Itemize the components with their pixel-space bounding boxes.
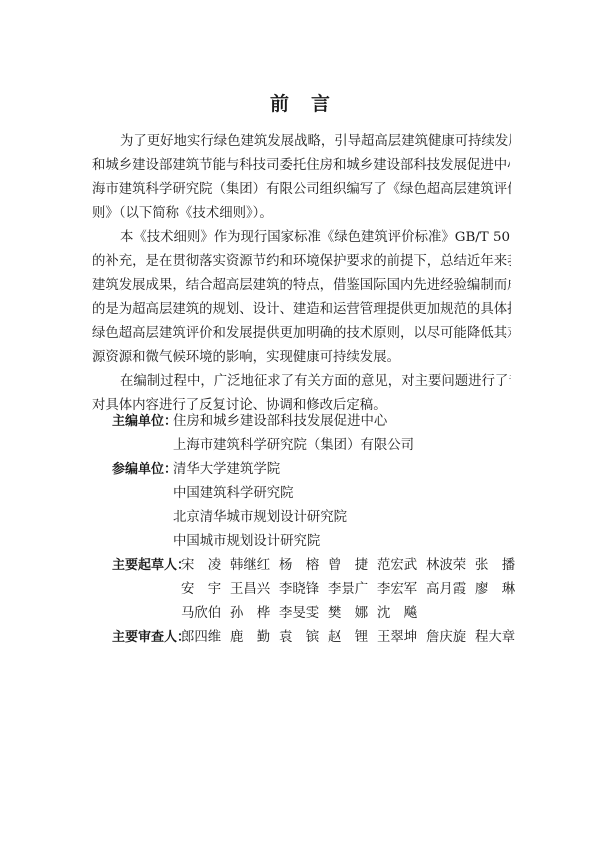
person-name: 马欣伯: [181, 602, 221, 626]
preface-body: 为了更好地实行绿色建筑发展战略，引导超高层建筑健康可持续发展，住房 和城乡建设部…: [92, 130, 511, 418]
text-line: 则》（以下简称《技术细则》）。: [92, 202, 511, 226]
person-name: 李宏军: [377, 578, 417, 602]
credit-row-drafters-cont: 安 宇 王昌兴 李晓锋 李景广 李宏军 高月霞 廖 琳: [112, 578, 512, 602]
credit-row-co-editor-cont: 中国建筑科学研究院: [112, 482, 512, 506]
person-name: 沈 飚: [377, 602, 417, 626]
text-line: 本《技术细则》作为现行国家标准《绿色建筑评价标准》GB/T 50378-2006: [92, 226, 511, 250]
credit-row-chief-editor-cont: 上海市建筑科学研究院（集团）有限公司: [112, 434, 512, 458]
text-line: 绿色超高层建筑评价和发展提供更加明确的技术原则，以尽可能降低其对城市能: [92, 322, 511, 346]
credit-unit: 清华大学建筑学院: [173, 458, 280, 482]
person-name: 赵 锂: [328, 626, 368, 650]
credit-unit: 住房和城乡建设部科技发展促进中心: [173, 410, 387, 434]
person-name: 孙 桦: [230, 602, 270, 626]
credit-row-co-editor: 参编单位： 清华大学建筑学院: [112, 458, 512, 482]
paragraph: 本《技术细则》作为现行国家标准《绿色建筑评价标准》GB/T 50378-2006…: [92, 226, 511, 370]
credit-row-drafters: 主要起草人： 宋 凌 韩继红 杨 榕 曾 捷 范宏武 林波荣 张 播: [112, 554, 512, 578]
credit-row-reviewers: 主要审查人： 郎四维 鹿 勤 袁 镔 赵 锂 王翠坤 詹庆旋 程大章: [112, 626, 512, 650]
page-title: 前言: [0, 92, 600, 116]
person-name: 詹庆旋: [426, 626, 466, 650]
person-name: 韩继红: [230, 554, 270, 578]
text-line: 源资源和微气候环境的影响，实现健康可持续发展。: [92, 346, 511, 370]
person-name: 鹿 勤: [230, 626, 270, 650]
person-name: 袁 镔: [279, 626, 319, 650]
person-name: 林波荣: [426, 554, 466, 578]
person-name: 宋 凌: [181, 554, 221, 578]
credit-unit: 中国城市规划设计研究院: [173, 530, 320, 554]
person-name: 王昌兴: [230, 578, 270, 602]
person-name: 杨 榕: [279, 554, 319, 578]
credit-unit: 中国建筑科学研究院: [173, 482, 294, 506]
credit-label: 主要起草人：: [112, 554, 190, 578]
text-line: 的是为超高层建筑的规划、设计、建造和运营管理提供更加规范的具体指导，为: [92, 298, 511, 322]
person-name: 樊 娜: [328, 602, 368, 626]
person-name: 安 宇: [181, 578, 221, 602]
credit-unit: 上海市建筑科学研究院（集团）有限公司: [173, 434, 414, 458]
person-name: 李晓锋: [279, 578, 319, 602]
title-char: 言: [311, 92, 330, 116]
credit-row-co-editor-cont: 北京清华城市规划设计研究院: [112, 506, 512, 530]
text-line: 的补充，是在贯彻落实资源节约和环境保护要求的前提下，总结近年来我国绿色: [92, 250, 511, 274]
person-name: 王翠坤: [377, 626, 417, 650]
person-name: 张 播: [475, 554, 515, 578]
person-name: 郎四维: [181, 626, 221, 650]
person-name: 曾 捷: [328, 554, 368, 578]
person-name: 廖 琳: [475, 578, 515, 602]
title-char: 前: [270, 92, 289, 116]
credit-label: 主要审查人：: [112, 626, 190, 650]
document-page: 前言 为了更好地实行绿色建筑发展战略，引导超高层建筑健康可持续发展，住房 和城乡…: [0, 0, 600, 848]
person-name: 范宏武: [377, 554, 417, 578]
paragraph: 为了更好地实行绿色建筑发展战略，引导超高层建筑健康可持续发展，住房 和城乡建设部…: [92, 130, 511, 226]
text-line: 和城乡建设部建筑节能与科技司委托住房和城乡建设部科技发展促进中心和上: [92, 154, 511, 178]
credit-label: 参编单位：: [112, 458, 177, 482]
text-line: 在编制过程中，广泛地征求了有关方面的意见，对主要问题进行了专题论证，: [92, 370, 511, 394]
credits-section: 主编单位： 住房和城乡建设部科技发展促进中心 上海市建筑科学研究院（集团）有限公…: [112, 410, 512, 650]
person-name: 程大章: [475, 626, 515, 650]
text-line: 海市建筑科学研究院（集团）有限公司组织编写了《绿色超高层建筑评价技术细: [92, 178, 511, 202]
credit-row-co-editor-cont: 中国城市规划设计研究院: [112, 530, 512, 554]
person-name: 高月霞: [426, 578, 466, 602]
credit-row-drafters-cont: 马欣伯 孙 桦 李旻雯 樊 娜 沈 飚: [112, 602, 512, 626]
person-name: 李景广: [328, 578, 368, 602]
credit-label: 主编单位：: [112, 410, 177, 434]
credit-unit: 北京清华城市规划设计研究院: [173, 506, 347, 530]
credit-row-chief-editor: 主编单位： 住房和城乡建设部科技发展促进中心: [112, 410, 512, 434]
person-name: 李旻雯: [279, 602, 319, 626]
text-line: 建筑发展成果，结合超高层建筑的特点，借鉴国际国内先进经验编制而成的。目: [92, 274, 511, 298]
text-line: 为了更好地实行绿色建筑发展战略，引导超高层建筑健康可持续发展，住房: [92, 130, 511, 154]
